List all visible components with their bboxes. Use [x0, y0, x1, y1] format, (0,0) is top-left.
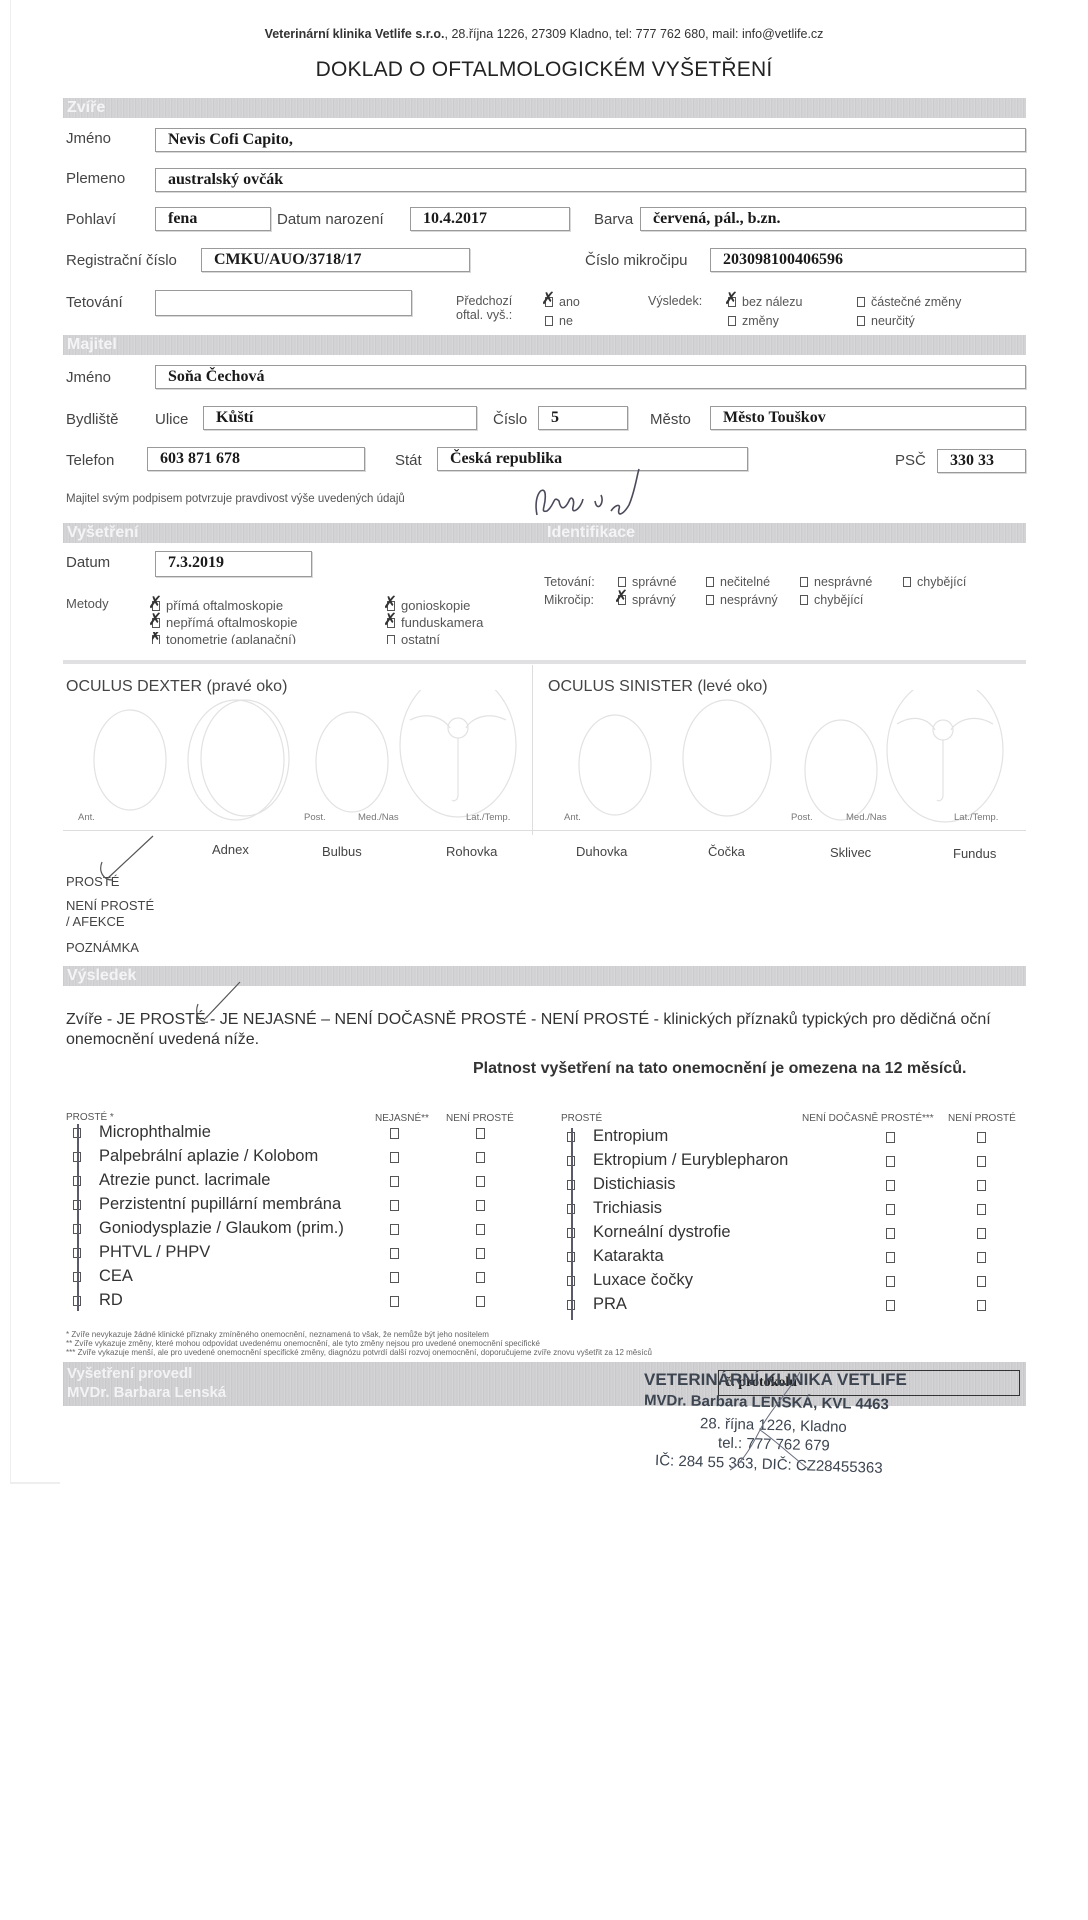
option-label: nepřímá oftalmoskopie	[166, 615, 298, 630]
checkbox-icon[interactable]	[545, 316, 553, 326]
left-ant-label: Ant.	[564, 812, 581, 823]
tattoo-illegible[interactable]: nečitelné	[706, 575, 770, 589]
option-label: ano	[559, 295, 580, 309]
owner-signature-icon	[525, 465, 675, 525]
tattoo-incorrect[interactable]: nesprávné	[800, 575, 872, 589]
sex-label: Pohlaví	[66, 211, 116, 228]
result-label: Výsledek:	[648, 294, 702, 308]
checkbox-not-free-icon[interactable]	[977, 1156, 986, 1167]
tattoo-id-label: Tetování:	[544, 575, 595, 589]
checkbox-not-free-icon[interactable]	[977, 1228, 986, 1239]
footnote-3: *** Zvíře vykazuje menší, ale pro uveden…	[66, 1348, 652, 1357]
option-label: neurčitý	[871, 314, 915, 328]
left-eye-diagram-icon	[545, 690, 1025, 830]
color-label: Barva	[594, 211, 633, 228]
disease-label: PRA	[593, 1295, 627, 1313]
checkbox-not-free-icon[interactable]	[977, 1300, 986, 1311]
option-label: správné	[632, 575, 676, 589]
checkbox-icon[interactable]	[857, 297, 865, 307]
disease-label: Goniodysplazie / Glaukom (prim.)	[99, 1219, 344, 1237]
checkbox-not-free-icon[interactable]	[977, 1276, 986, 1287]
option-label: tonometrie (aplanační)	[166, 632, 296, 644]
residence-label: Bydliště	[66, 411, 119, 428]
owner-name-field[interactable]: Soňa Čechová	[155, 365, 1026, 389]
section-exam: Vyšetření Identifikace	[63, 523, 1026, 543]
option-label: nesprávný	[720, 593, 778, 607]
option-label: částečné změny	[871, 295, 961, 309]
checkbox-not-free-icon[interactable]	[977, 1252, 986, 1263]
registration-field[interactable]: CMKU/AUO/3718/17	[201, 248, 470, 272]
disease-label: Microphthalmie	[99, 1123, 211, 1141]
page-edge	[10, 0, 11, 1483]
chip-incorrect[interactable]: nesprávný	[706, 593, 778, 607]
footnote-1: * Zvíře nevykazuje žádné klinické přízna…	[66, 1330, 489, 1339]
checkbox-not-free-icon[interactable]	[476, 1296, 485, 1307]
right-eye-diagram-icon	[60, 690, 530, 830]
disease-label: Korneální dystrofie	[593, 1223, 731, 1241]
disease-row: RD	[73, 1291, 123, 1310]
chip-field[interactable]: 203098100406596	[710, 248, 1026, 272]
method-gonioscopy[interactable]: gonioskopie	[387, 598, 470, 613]
checkbox-not-free-icon[interactable]	[977, 1204, 986, 1215]
checkbox-unclear-icon[interactable]	[390, 1152, 399, 1163]
animal-name-field[interactable]: Nevis Cofi Capito,	[155, 128, 1026, 152]
checkbox-not-free-icon[interactable]	[977, 1180, 986, 1191]
section-animal: Zvíře	[63, 98, 1026, 118]
pen-strike-left-icon	[77, 1124, 79, 1311]
chip-id-label: Mikročip:	[544, 593, 594, 607]
option-label: změny	[742, 314, 779, 328]
breed-field[interactable]: australský ovčák	[155, 168, 1026, 192]
checkbox-unclear-icon[interactable]	[886, 1180, 895, 1191]
divider	[63, 660, 1026, 664]
row-note: POZNÁMKA	[66, 940, 139, 955]
section-owner-label: Majitel	[67, 336, 117, 353]
checkbox-unclear-icon[interactable]	[886, 1228, 895, 1239]
disease-row: Entropium	[567, 1127, 668, 1146]
number-label: Číslo	[493, 411, 527, 428]
disease-row: Atrezie punct. lacrimale	[73, 1171, 271, 1190]
clinic-name: Veterinární klinika Vetlife s.r.o.	[265, 27, 445, 41]
disease-row: PHTVL / PHPV	[73, 1243, 210, 1262]
row-affection: / AFEKCE	[66, 914, 125, 929]
checkbox-not-free-icon[interactable]	[977, 1132, 986, 1143]
right-col-free: PROSTÉ	[561, 1113, 602, 1124]
checkbox-icon[interactable]	[387, 635, 395, 644]
option-label: nesprávné	[814, 575, 872, 589]
left-lat-label: Lat./Temp.	[954, 812, 998, 823]
previous-exam-no[interactable]: ne	[545, 314, 573, 328]
section-exam-label: Vyšetření	[67, 524, 138, 541]
checkbox-not-free-icon[interactable]	[476, 1128, 485, 1139]
animal-name-label: Jméno	[66, 130, 111, 147]
checkmark-free-icon	[68, 832, 158, 892]
checkbox-icon[interactable]	[800, 577, 808, 587]
checkbox-not-free-icon[interactable]	[476, 1152, 485, 1163]
disease-label: Ektropium / Euryblepharon	[593, 1151, 788, 1169]
checkbox-unclear-icon[interactable]	[886, 1276, 895, 1287]
exam-date-label: Datum	[66, 554, 110, 571]
number-field[interactable]: 5	[538, 406, 628, 430]
option-label: gonioskopie	[401, 598, 470, 613]
checkbox-checked-icon[interactable]	[387, 618, 395, 628]
clinic-contact: , 28.října 1226, 27309 Kladno, tel: 777 …	[445, 27, 824, 41]
right-col-temp: NENÍ DOČASNĚ PROSTÉ***	[802, 1113, 934, 1124]
checkbox-icon[interactable]	[728, 316, 736, 326]
left-col-unclear: NEJASNÉ**	[375, 1113, 429, 1124]
disease-label: Distichiasis	[593, 1175, 676, 1193]
checkbox-icon[interactable]	[706, 577, 714, 587]
disease-row: Palpebrální aplazie / Kolobom	[73, 1147, 318, 1166]
sex-field[interactable]: fena	[155, 207, 271, 231]
disease-label: Atrezie punct. lacrimale	[99, 1171, 271, 1189]
tattoo-field[interactable]	[155, 290, 412, 316]
option-label: ne	[559, 314, 573, 328]
zip-field[interactable]: 330 33	[937, 449, 1026, 473]
disease-label: Perzistentní pupillární membrána	[99, 1195, 341, 1213]
result-changes[interactable]: změny	[728, 314, 779, 328]
structure-lens: Čočka	[708, 844, 745, 859]
tattoo-label: Tetování	[66, 294, 123, 311]
disease-label: Luxace čočky	[593, 1271, 693, 1289]
page-edge-bottom	[10, 1482, 60, 1484]
registration-label: Registrační číslo	[66, 252, 177, 269]
checkbox-icon[interactable]	[706, 595, 714, 605]
left-med-label: Med./Nas	[846, 812, 887, 823]
result-no-findings[interactable]: bez nálezu	[728, 295, 802, 309]
tattoo-missing[interactable]: chybějící	[903, 575, 966, 589]
structure-fundus: Fundus	[953, 846, 996, 861]
checkbox-checked-icon[interactable]	[618, 595, 626, 605]
left-col-free: PROSTÉ *	[66, 1112, 114, 1123]
disease-label: Entropium	[593, 1127, 668, 1145]
right-col-not-free: NENÍ PROSTÉ	[948, 1113, 1016, 1124]
disease-label: PHTVL / PHPV	[99, 1243, 210, 1261]
breed-label: Plemeno	[66, 170, 125, 187]
option-label: bez nálezu	[742, 295, 802, 309]
zip-label: PSČ	[895, 452, 926, 469]
structure-vitreous: Sklivec	[830, 845, 871, 860]
exam-date-field[interactable]: 7.3.2019	[155, 551, 312, 577]
checkbox-checked-icon[interactable]	[728, 297, 736, 307]
checkbox-unclear-icon[interactable]	[390, 1248, 399, 1259]
checkbox-not-free-icon[interactable]	[476, 1224, 485, 1235]
section-owner: Majitel	[63, 335, 1026, 355]
disease-row: Korneální dystrofie	[567, 1223, 731, 1242]
divider	[63, 830, 1026, 831]
checkbox-unclear-icon[interactable]	[886, 1156, 895, 1167]
chip-correct[interactable]: správný	[618, 593, 676, 607]
structure-cornea: Rohovka	[446, 844, 497, 859]
left-col-not-free: NENÍ PROSTÉ	[446, 1113, 514, 1124]
checkbox-icon[interactable]	[618, 577, 626, 587]
method-indirect[interactable]: nepřímá oftalmoskopie	[152, 615, 298, 630]
disease-row: Ektropium / Euryblepharon	[567, 1151, 788, 1170]
disease-row: PRA	[567, 1295, 627, 1314]
phone-label: Telefon	[66, 452, 114, 469]
checkbox-unclear-icon[interactable]	[390, 1272, 399, 1283]
document-title: DOKLAD O OFTALMOLOGICKÉM VYŠETŘENÍ	[0, 58, 1088, 82]
disease-label: Palpebrální aplazie / Kolobom	[99, 1147, 318, 1165]
methods-label: Metody	[66, 596, 109, 611]
checkbox-unclear-icon[interactable]	[390, 1200, 399, 1211]
color-field[interactable]: červená, pál., b.zn.	[640, 207, 1026, 231]
checkbox-unclear-icon[interactable]	[886, 1252, 895, 1263]
structure-adnex: Adnex	[212, 842, 249, 857]
owner-confirmation: Majitel svým podpisem potvrzuje pravdivo…	[66, 493, 405, 505]
section-identification-label: Identifikace	[547, 523, 635, 543]
disease-label: Katarakta	[593, 1247, 664, 1265]
previous-exam-label-line2: oftal. vyš.:	[456, 308, 512, 322]
checkbox-icon[interactable]	[903, 577, 911, 587]
method-direct[interactable]: přímá oftalmoskopie	[152, 598, 283, 613]
checkbox-unclear-icon[interactable]	[886, 1300, 895, 1311]
option-label: správný	[632, 593, 676, 607]
option-label: ostatní	[401, 632, 440, 644]
option-label: funduskamera	[401, 615, 483, 630]
right-ant-label: Ant.	[78, 812, 95, 823]
method-fundus-camera[interactable]: funduskamera	[387, 615, 483, 630]
eye-divider	[532, 665, 533, 835]
checkbox-unclear-icon[interactable]	[390, 1224, 399, 1235]
row-not-free: NENÍ PROSTÉ	[66, 898, 154, 913]
birth-date-label: Datum narození	[277, 211, 384, 228]
result-partial[interactable]: částečné změny	[857, 295, 961, 309]
disease-label: RD	[99, 1291, 123, 1309]
disease-row: Luxace čočky	[567, 1271, 693, 1290]
right-post-label: Post.	[304, 812, 326, 823]
checkbox-unclear-icon[interactable]	[886, 1204, 895, 1215]
disease-row: Katarakta	[567, 1247, 664, 1266]
section-animal-label: Zvíře	[67, 99, 105, 116]
result-uncertain[interactable]: neurčitý	[857, 314, 915, 328]
chip-label: Číslo mikročipu	[585, 252, 688, 269]
pen-strike-right-icon	[571, 1128, 573, 1320]
checkbox-icon[interactable]	[857, 316, 865, 326]
disease-row: Microphthalmie	[73, 1123, 211, 1142]
phone-field[interactable]: 603 871 678	[147, 447, 365, 471]
previous-exam-yes[interactable]: ano	[545, 295, 580, 309]
option-label: nečitelné	[720, 575, 770, 589]
option-label: přímá oftalmoskopie	[166, 598, 283, 613]
previous-exam-label-line1: Předchozí	[456, 294, 512, 308]
street-field[interactable]: Kůští	[203, 406, 477, 430]
method-tonometry[interactable]: tonometrie (aplanační)	[152, 632, 296, 644]
option-label: chybějící	[814, 593, 863, 607]
city-label: Město	[650, 411, 691, 428]
city-field[interactable]: Město Touškov	[710, 406, 1026, 430]
checkbox-unclear-icon[interactable]	[886, 1132, 895, 1143]
checkmark-result-icon	[180, 980, 250, 1030]
left-post-label: Post.	[791, 812, 813, 823]
footnote-2: ** Zvíře vykazuje změny, které mohou odp…	[66, 1339, 540, 1348]
clinic-header: Veterinární klinika Vetlife s.r.o., 28.ř…	[0, 27, 1088, 41]
checkbox-not-free-icon[interactable]	[476, 1248, 485, 1259]
street-label: Ulice	[155, 411, 188, 428]
checkbox-unclear-icon[interactable]	[390, 1296, 399, 1307]
right-med-label: Med./Nas	[358, 812, 399, 823]
owner-name-label: Jméno	[66, 369, 111, 386]
examiner-signature-icon	[700, 1370, 820, 1480]
checkbox-checked-icon[interactable]	[152, 618, 160, 628]
checkbox-not-free-icon[interactable]	[476, 1200, 485, 1211]
state-label: Stát	[395, 452, 422, 469]
structure-iris: Duhovka	[576, 844, 627, 859]
birth-date-field[interactable]: 10.4.2017	[410, 207, 570, 231]
checkbox-checked-icon[interactable]	[152, 635, 160, 644]
disease-row: Goniodysplazie / Glaukom (prim.)	[73, 1219, 344, 1238]
disease-row: Distichiasis	[567, 1175, 676, 1194]
method-other[interactable]: ostatní	[387, 632, 440, 644]
checkbox-icon[interactable]	[800, 595, 808, 605]
checkbox-not-free-icon[interactable]	[476, 1272, 485, 1283]
structure-bulbus: Bulbus	[322, 844, 362, 859]
disease-label: Trichiasis	[593, 1199, 662, 1217]
checkbox-not-free-icon[interactable]	[476, 1176, 485, 1187]
disease-label: CEA	[99, 1267, 133, 1285]
validity-note: Platnost vyšetření na tato onemocnění je…	[473, 1060, 967, 1078]
checkbox-unclear-icon[interactable]	[390, 1176, 399, 1187]
previous-exam-label: Předchozí oftal. vyš.:	[456, 294, 512, 322]
section-result-label: Výsledek	[67, 967, 136, 984]
option-label: chybějící	[917, 575, 966, 589]
disease-row: CEA	[73, 1267, 133, 1286]
right-lat-label: Lat./Temp.	[466, 812, 510, 823]
disease-row: Trichiasis	[567, 1199, 662, 1218]
chip-missing[interactable]: chybějící	[800, 593, 863, 607]
checkbox-checked-icon[interactable]	[545, 297, 553, 307]
checkbox-unclear-icon[interactable]	[390, 1128, 399, 1139]
disease-row: Perzistentní pupillární membrána	[73, 1195, 341, 1214]
